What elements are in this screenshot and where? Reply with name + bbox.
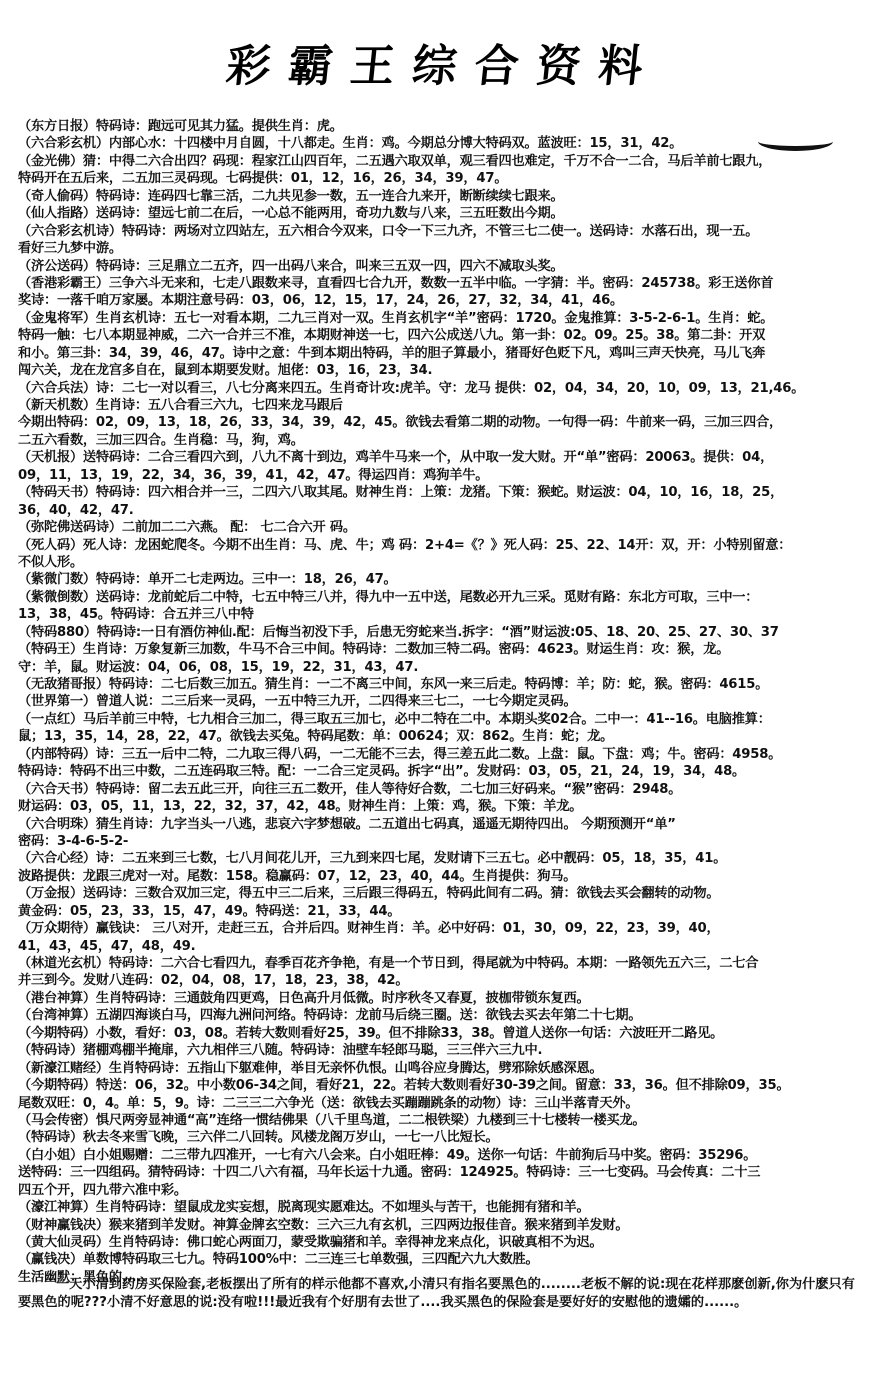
text-line: 36，40，42，47. <box>18 502 880 519</box>
text-line: （林道光玄机）特码诗：二六合七看四九，春季百花齐争艳，有是一个节日到，得尾就为中… <box>18 955 880 972</box>
text-line: 13，38，45。特码诗：合五并三八中特 <box>18 606 880 623</box>
text-line: （无敌猪哥报）特码诗：二七后数三加五。猜生肖：一二不离三中间，东风一来三后走。特… <box>18 676 880 693</box>
page-title: 彩霸王综合资料 <box>0 30 888 94</box>
text-line: 密码：3-4-6-5-2- <box>18 833 880 850</box>
text-line: （六合彩玄机）内部心水：十四楼中月自圆，十八都走。生肖：鸡。今期总分博大特码双。… <box>18 135 880 152</box>
text-line: 守：羊，鼠。财运波：04，06，08，15，19，22，31，43，47. <box>18 659 880 676</box>
text-line: （天机报）送特码诗：二合三看四六到，八九不离十到边，鸡羊牛马来一个，从中取一发大… <box>18 449 880 466</box>
text-line: （紫微倒数）送码诗：龙前蛇后二中特，七五中特三八并，得九中一五中送，尾数必开九三… <box>18 589 880 606</box>
text-line: 四五个开，四九带六准中彩。 <box>18 1182 880 1199</box>
text-line: （世界第一）曾道人说：二三后来一灵码，一五中特三九开，二四得来三七二，一七今期定… <box>18 693 880 710</box>
text-line: （马会传密）惧尺两旁显神通“高”连络一惯结佛果（八千里鸟道，二二根铁梁）九楼到三… <box>18 1112 880 1129</box>
text-line: （六合天书）特码诗：留二去五此三开，向往三五二数开，佳人等待好合数，二七加三好码… <box>18 781 880 798</box>
text-line: （万众期待）赢钱诀： 三八对开，走赶三五，合并后四。财神生肖：羊。必中好码：01… <box>18 920 880 937</box>
text-line: 鼠；13，35，14，28，22，47。欲钱去买兔。特码尾数：单：00624；双… <box>18 728 880 745</box>
text-line: 和小。第三卦：34，39，46，47。诗中之意：牛到本期出特码，羊的胆子算最小，… <box>18 345 880 362</box>
text-line: 黄金码：05，23，33，15，47，49。特码送：21，33，44。 <box>18 903 880 920</box>
text-line: 并三到今。发财八连码：02，04，08，17，18，23，38，42。 <box>18 972 880 989</box>
text-line: 送特码：三一四组码。猜特码诗：十四二八六有福，马年长运十九通。密码：124925… <box>18 1164 880 1181</box>
humor-paragraph: 一天小清到药房买保险套,老板摆出了所有的样示他都不喜欢,小清只有指名要黑色的..… <box>18 1276 868 1312</box>
text-line: （新天机数）生肖诗：五八合看三六九，七四来龙马跟后 <box>18 397 880 414</box>
text-line: 今期出特码：02，09，13，18，26，33，34，39，42，45。欲钱去看… <box>18 414 880 431</box>
text-line: 特码一触：七八本期显神威，二六一合并三不准，本期财神送一七，四六公成送八九。第一… <box>18 327 880 344</box>
text-line: 二五六看数，三加三四合。生肖稳：马，狗，鸡。 <box>18 432 880 449</box>
text-line: （内部特码）诗：三五一后中二特，二九取三得八码，一二无能不三去，得三差五此二数。… <box>18 746 880 763</box>
text-line: （万金报）送码诗：三数合双加三定，得五中三二后来，三后跟三得码五，特码此间有二码… <box>18 885 880 902</box>
text-line: （赢钱决）单数博特码取三七九。特码100%中：二三连三七单数强，三四配六九大数胜… <box>18 1251 880 1268</box>
text-line: 波路提供：龙跟三虎对一对。尾数：158。稳赢码：07，12，23，40，44。生… <box>18 868 880 885</box>
text-line: （金鬼将军）生肖玄机诗：五七一对看本期，二九三肖对一双。生肖玄机字“羊”密码：1… <box>18 310 880 327</box>
text-line: （死人码）死人诗：龙困蛇爬冬。今期不出生肖：马、虎、牛；鸡 码：2+4=《？》死… <box>18 537 880 554</box>
text-line: 特码开在五后来，二五加三灵码现。七码提供：01，12，16，26，34，39，4… <box>18 170 880 187</box>
text-line: （六合兵法）诗：二七一对以看三，八七分离来四五。生肖奇计攻:虎羊。守：龙马 提供… <box>18 380 880 397</box>
text-line: 特码诗：特码不出三中数，二五连码取三特。配：一二合三定灵码。拆字“出”。发财码：… <box>18 763 880 780</box>
text-line: 看好三九梦中游。 <box>18 240 880 257</box>
text-line: （特码王）生肖诗：万象复新三加数，牛马不合三中间。特码诗：二数加三特二码。密码：… <box>18 641 880 658</box>
text-line: （今期特码）特送：06，32。中小数06-34之间，看好21，22。若转大数则看… <box>18 1077 880 1094</box>
text-line: （台湾神算）五湖四海谈白马，四海九洲问河络。特码诗：龙前马后绕三圈。送：欲钱去买… <box>18 1007 880 1024</box>
text-line: 41，43，45，47，48，49. <box>18 938 880 955</box>
text-line: （黄大仙灵码）生肖特码诗：佛口蛇心两面刀，蒙受欺骗猪和羊。幸得神龙来点化，识破真… <box>18 1234 880 1251</box>
text-line: （济公送码）特码诗：三足鼎立二五齐，四一出码八来合，叫来三五双一四，四六不减取头… <box>18 258 880 275</box>
text-line: （奇人偷码）特码诗：连码四七靠三活，二九共见参一数，五一连合九来开，断断续续七跟… <box>18 188 880 205</box>
text-line: （弥陀佛送码诗）二前加二二六燕。 配： 七二合六开 码。 <box>18 519 880 536</box>
document-body: （东方日报）特码诗：跑远可见其力猛。提供生肖：虎。（六合彩玄机）内部心水：十四楼… <box>18 118 880 1286</box>
text-line: 闯六关，龙在龙宫多自在，鼠到本期要发财。旭佬：03，16，23，34. <box>18 362 880 379</box>
text-line: （特码880）特码诗:一日有酒仿神仙.配：后悔当初没下手，后患无穷蛇来当.拆字：… <box>18 624 880 641</box>
text-line: （仙人指路）送码诗：望远七前二在后，一心总不能两用，奇功九数与八来，三五旺数出今… <box>18 205 880 222</box>
text-line: 尾数双旺：0，4。单：5，9。诗：二三三二六争光（送：欲钱去买蹦蹦跳条的动物）诗… <box>18 1095 880 1112</box>
text-line: （紫微门数）特码诗：单开二七走两边。三中一：18，26，47。 <box>18 571 880 588</box>
text-line: （港台神算）生肖特码诗：三通鼓角四更鸡，日色高升月低微。时序秋冬又春夏，披枷带锁… <box>18 990 880 1007</box>
text-line: （一点红）马后羊前三中特，七九相合三加二，得三取五三加七，必中二特在二中。本期头… <box>18 711 880 728</box>
text-line: （六合明珠）猜生肖诗：九字当头一八逃，悲哀六字梦想破。二五道出七码真，遥遥无期待… <box>18 816 880 833</box>
text-line: （金光佛）猜：中得二六合出四？码现：程家江山四百年，二五遇六取双单，观三看四也难… <box>18 153 880 170</box>
text-line: 不似人形。 <box>18 554 880 571</box>
text-line: （六合彩玄机诗）特码诗：两场对立四站左，五六相合今双来，口令一下三九齐，不管三七… <box>18 223 880 240</box>
text-line: 奖诗：一落千咱万家屡。本期注意号码：03，06，12，15，17，24，26，2… <box>18 292 880 309</box>
text-line: 09，11，13，19，22，34，36，39，41，42，47。得运四肖：鸡狗… <box>18 467 880 484</box>
text-line: （财神赢钱决）猴来猪到羊发财。神算金牌玄空数：三六三九有玄机，三四两边报佳音。猴… <box>18 1217 880 1234</box>
text-line: （今期特码）小数，看好：03，08。若转大数则看好25，39。但不排除33，38… <box>18 1025 880 1042</box>
text-line: （特码诗）秋去冬来雪飞晚，三六伴二八回转。风楼龙阁万岁山，一七一八比短长。 <box>18 1129 880 1146</box>
text-line: （香港彩霸王）三争六斗无来和，七走八跟数来寻，直看四七合九开，数数一五半中临。一… <box>18 275 880 292</box>
text-line: 财运码：03，05，11，13，22，32，37，42，48。财神生肖：上策：鸡… <box>18 798 880 815</box>
text-line: （东方日报）特码诗：跑远可见其力猛。提供生肖：虎。 <box>18 118 880 135</box>
text-line: （新濠江赌经）生肖特码诗：五指山下躯难伸，举目无亲怀仇恨。山鸣谷应身腾达，劈邪除… <box>18 1060 880 1077</box>
text-line: （特码天书）特码诗：四六相合并一三，二四六八取其尾。财神生肖：上策：龙猪。下策：… <box>18 484 880 501</box>
text-line: （白小姐）白小姐赐赠：二三带九四准开，一七有六八会来。白小姐旺棒：49。送你一句… <box>18 1147 880 1164</box>
text-line: （六合心经）诗：二五来到三七数，七八月间花儿开，三九到来四七尾，发财请下三五七。… <box>18 850 880 867</box>
text-line: （特码诗）猪棚鸡棚半掩扉，六九相伴三八随。特码诗：油壁车轻郎马聪，三三伴六三九中… <box>18 1042 880 1059</box>
text-line: （濠江神算）生肖特码诗：望鼠成龙实妄想，脱离现实愿难达。不如埋头与苦干，也能拥有… <box>18 1199 880 1216</box>
